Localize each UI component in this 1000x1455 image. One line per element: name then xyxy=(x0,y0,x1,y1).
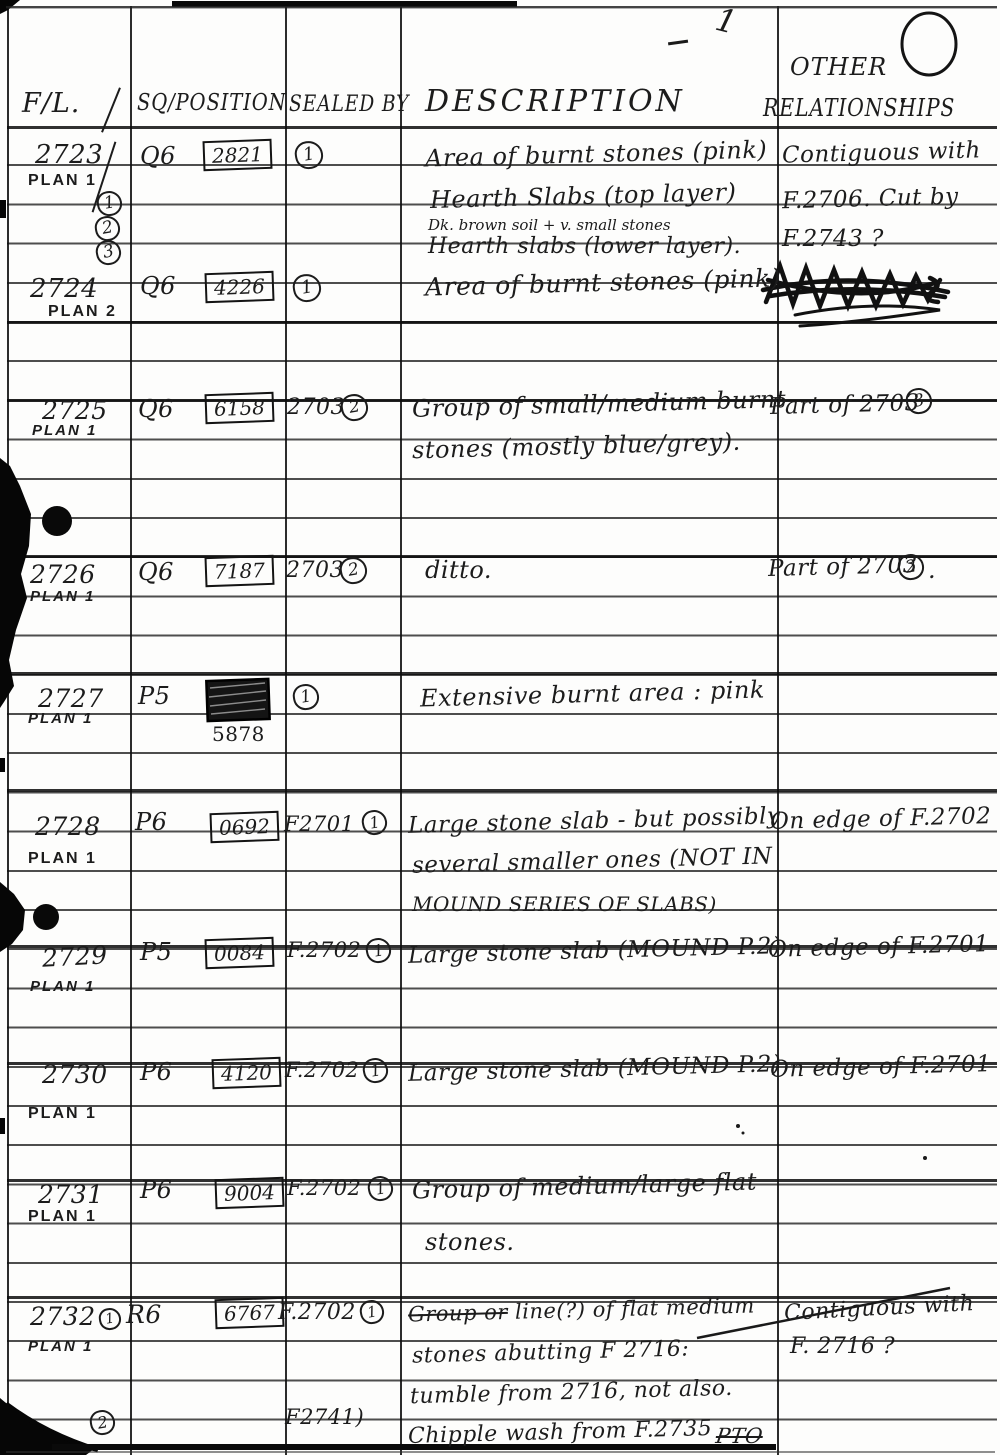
square-ref: Q6 xyxy=(140,272,176,300)
position-number: 5878 xyxy=(212,722,265,746)
column-line-sealed xyxy=(400,6,402,1455)
square-ref: P5 xyxy=(140,938,172,966)
fl-number: 2724 xyxy=(30,274,98,304)
plan-label: PLAN 1 xyxy=(28,1338,93,1355)
header-fl: F/L. xyxy=(22,88,80,119)
separator-line xyxy=(7,789,997,792)
position-box: 2821 xyxy=(202,139,272,171)
position-box: 9004 xyxy=(214,1177,284,1209)
square-ref: Q6 xyxy=(138,558,174,586)
fl-number: 2730 xyxy=(42,1060,108,1089)
fl-number: 2728 xyxy=(35,812,101,841)
struck-text: Group or xyxy=(408,1300,508,1327)
position-box: 4226 xyxy=(204,271,274,303)
other-relationships-line: Part of 2703 xyxy=(770,390,921,420)
fl-number: 2727 xyxy=(38,684,104,713)
description-line: MOUND SERIES OF SLABS) xyxy=(412,892,717,916)
square-ref: P5 xyxy=(138,682,170,710)
plan-label: PLAN 1 xyxy=(28,1208,97,1226)
plan-label: PLAN 1 xyxy=(32,422,97,439)
header-underline xyxy=(7,126,997,129)
fl-number: 2731 xyxy=(38,1180,104,1209)
description-line: Dk. brown soil + v. small stones xyxy=(428,216,671,234)
header-relationships: RELATIONSHIPS xyxy=(763,94,955,122)
column-line-desc xyxy=(777,6,779,1455)
fl-number: 2726 xyxy=(30,560,96,589)
fl-number: 2732 xyxy=(30,1302,96,1331)
plan-label: PLAN 1 xyxy=(28,850,97,868)
square-ref: Q6 xyxy=(138,395,174,423)
position-box: 6767 xyxy=(214,1297,284,1329)
square-ref: P6 xyxy=(140,1176,172,1204)
separator-line xyxy=(7,672,997,675)
drawn-circle xyxy=(902,13,956,75)
plan-label: PLAN 2 xyxy=(48,303,117,321)
square-ref: P6 xyxy=(140,1058,172,1086)
plan-label: PLAN 1 xyxy=(28,172,97,190)
sealed-by-ref: 2703 xyxy=(286,558,344,583)
scanned-register-page: 1 F/L. SQ/POSITION SEALED BY DESCRIPTION… xyxy=(0,0,1000,1455)
plan-label: PLAN 1 xyxy=(28,1105,97,1123)
square-ref: P6 xyxy=(135,808,167,836)
other-relationships-line: F.2706. Cut by xyxy=(782,184,959,215)
separator-line xyxy=(7,321,997,324)
position-box: 0692 xyxy=(209,811,279,843)
other-suffix: . xyxy=(928,556,936,584)
description-line: ditto. xyxy=(425,556,492,584)
description-line: Hearth slabs (lower layer). xyxy=(428,234,741,259)
header-description: DESCRIPTION xyxy=(425,84,685,119)
header-sq-position: SQ/POSITION xyxy=(137,90,287,116)
square-ref: Q6 xyxy=(140,142,176,170)
plan-label: PLAN 1 xyxy=(30,588,95,605)
table-border-left xyxy=(7,6,9,1455)
other-relationships-line: F.2743 ? xyxy=(782,226,884,252)
sealed-by-ref: F.2702 xyxy=(287,938,361,962)
pto-note: PTO xyxy=(714,1424,764,1448)
other-relationships-line: Part of 2703 xyxy=(768,552,919,582)
position-box: 6158 xyxy=(204,392,274,424)
other-relationships-line: F. 2716 ? xyxy=(790,1334,895,1359)
position-box: 4120 xyxy=(211,1057,281,1089)
sealed-by-ref: F2701 xyxy=(284,812,355,836)
fl-number: 2723 xyxy=(35,140,103,170)
position-box: 7187 xyxy=(204,555,274,587)
description-line: stones. xyxy=(425,1228,515,1256)
square-ref: R6 xyxy=(126,1300,162,1329)
header-other: OTHER xyxy=(790,53,887,81)
sealed-by-ref: F.2702 xyxy=(278,1300,356,1325)
sealed-by-ref: 2703 xyxy=(287,395,345,420)
page-number: 1 xyxy=(712,0,742,42)
fl-number: 2729 xyxy=(41,940,108,972)
column-line-sq xyxy=(285,6,287,1455)
plan-label: PLAN 1 xyxy=(28,710,93,727)
sealed-by-ref: F.2702 xyxy=(287,1176,361,1200)
other-relationships-line: Contiguous with xyxy=(782,137,981,168)
position-box: 0084 xyxy=(204,937,274,969)
sealed-by-ref: F.2702 xyxy=(285,1058,359,1082)
column-line-fl xyxy=(130,6,132,1455)
fl-number: 2725 xyxy=(42,396,108,425)
sealed-by-ref-2: F2741) xyxy=(285,1405,364,1429)
header-sealed-by: SEALED BY xyxy=(289,92,409,117)
plan-label: PLAN 1 xyxy=(30,978,95,995)
